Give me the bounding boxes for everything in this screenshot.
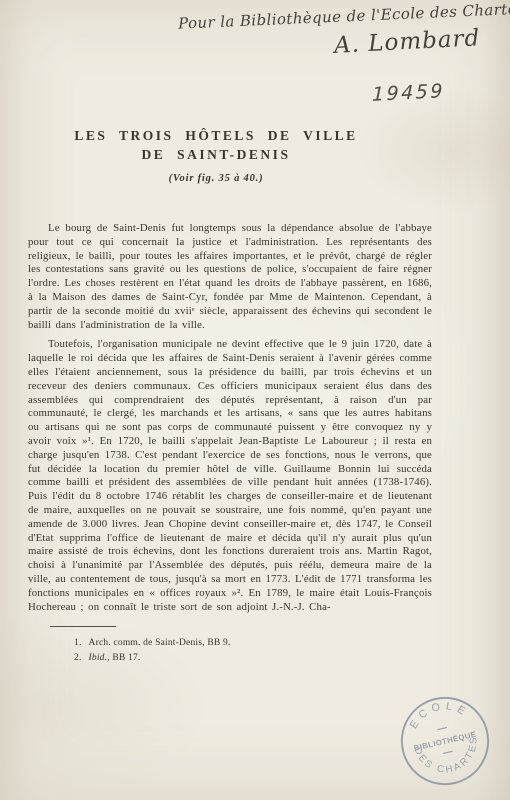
footnote-1-marker: 1. — [74, 638, 82, 648]
handwritten-accession-number: 19459 — [372, 80, 445, 106]
figure-reference: (Voir fig. 35 à 40.) — [28, 173, 404, 184]
handwritten-signature: A. Lombard — [333, 25, 480, 59]
title-line-1: LES TROIS HÔTELS DE VILLE — [28, 126, 404, 145]
footnote-2-marker: 2. — [74, 653, 82, 663]
paragraph-1: Le bourg de Saint-Denis fut longtemps so… — [28, 222, 432, 332]
title-line-2: DE SAINT-DENIS — [28, 145, 404, 164]
library-stamp: ECOLE BIBLIOTHÈQUE DES CHARTES — [386, 682, 504, 800]
paragraph-2: Toutefois, l'organisation municipale ne … — [28, 338, 432, 614]
stamp-top-dash — [437, 727, 447, 729]
footnote-2-italic: Ibid. — [89, 653, 108, 663]
printed-content: LES TROIS HÔTELS DE VILLE DE SAINT-DENIS… — [28, 126, 432, 665]
footnote-2: 2.Ibid., BB 17. — [74, 651, 432, 666]
footnote-2-text: , BB 17. — [107, 653, 140, 663]
svg-text:ECOLE: ECOLE — [404, 694, 473, 733]
stamp-bottom-dash — [443, 751, 453, 753]
article-title: LES TROIS HÔTELS DE VILLE DE SAINT-DENIS — [28, 126, 404, 164]
footnote-1-text: Arch. comm. de Saint-Denis, BB 9. — [89, 638, 231, 648]
scanned-page: Pour la Bibliothèque de l'Ecole des Char… — [0, 0, 510, 800]
stamp-top-text: ECOLE — [404, 694, 473, 733]
footnotes: 1.Arch. comm. de Saint-Denis, BB 9. 2.Ib… — [28, 636, 432, 665]
footnote-1: 1.Arch. comm. de Saint-Denis, BB 9. — [74, 636, 432, 651]
footnote-separator — [50, 626, 116, 627]
